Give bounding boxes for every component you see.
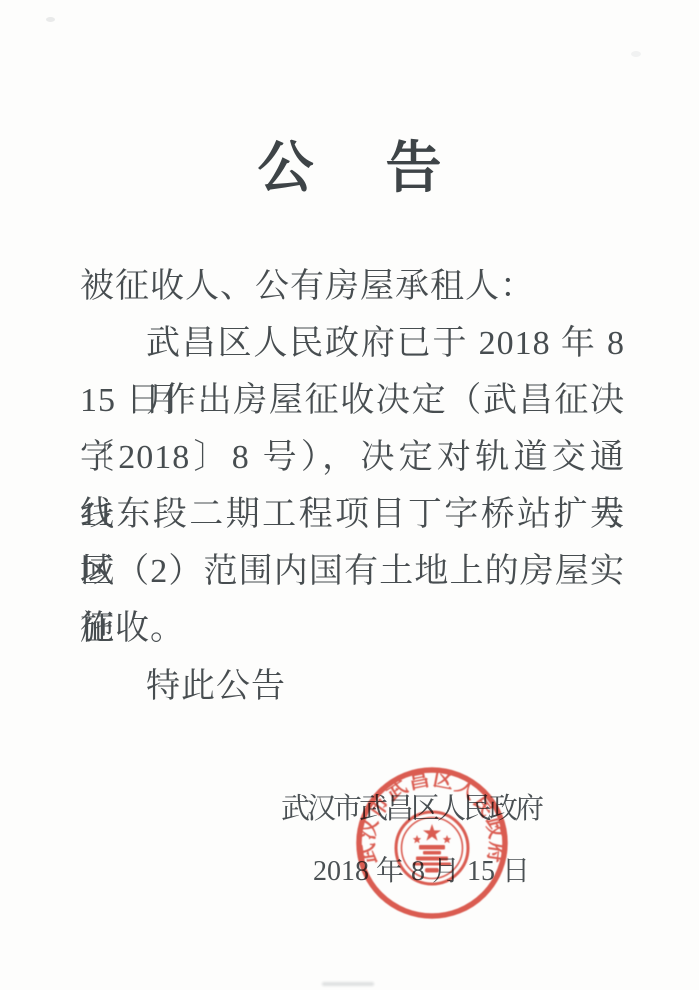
notice-body: 被征收人、公有房屋承租人： 武昌区人民政府已于 2018 年 8 月 15 日作…: [80, 258, 625, 715]
body-line: 〔2018〕8 号），决定对轨道交通 11 号: [80, 429, 625, 486]
notice-title-char: 告: [386, 138, 442, 200]
body-line: 线东段二期工程项目丁字桥站扩大区: [80, 486, 625, 543]
body-line: 武昌区人民政府已于 2018 年 8 月: [80, 315, 625, 372]
notice-title: 公 告: [0, 138, 699, 200]
notice-title-char: 公: [258, 138, 314, 200]
closing-line: 特此公告: [80, 658, 625, 715]
national-emblem-icon: [396, 812, 468, 884]
scanned-notice-page: 公 告 被征收人、公有房屋承租人： 武昌区人民政府已于 2018 年 8 月 1…: [0, 0, 699, 990]
scan-artifact: [631, 51, 641, 57]
body-line: 域（2）范围内国有土地上的房屋实施: [80, 543, 625, 600]
official-seal: 武汉市武昌区人民政府: [353, 763, 511, 921]
body-line: 征收。: [80, 600, 625, 657]
seal-ring-text-holder: 武汉市武昌区人民政府: [354, 767, 510, 865]
seal-ring: [359, 770, 505, 916]
salutation-line: 被征收人、公有房屋承租人：: [80, 258, 625, 315]
seal-ring-text: 武汉市武昌区人民政府: [354, 767, 510, 865]
scan-artifact: [46, 17, 55, 22]
scan-artifact: [322, 982, 374, 986]
body-line: 15 日作出房屋征收决定（武昌征决字: [80, 372, 625, 429]
